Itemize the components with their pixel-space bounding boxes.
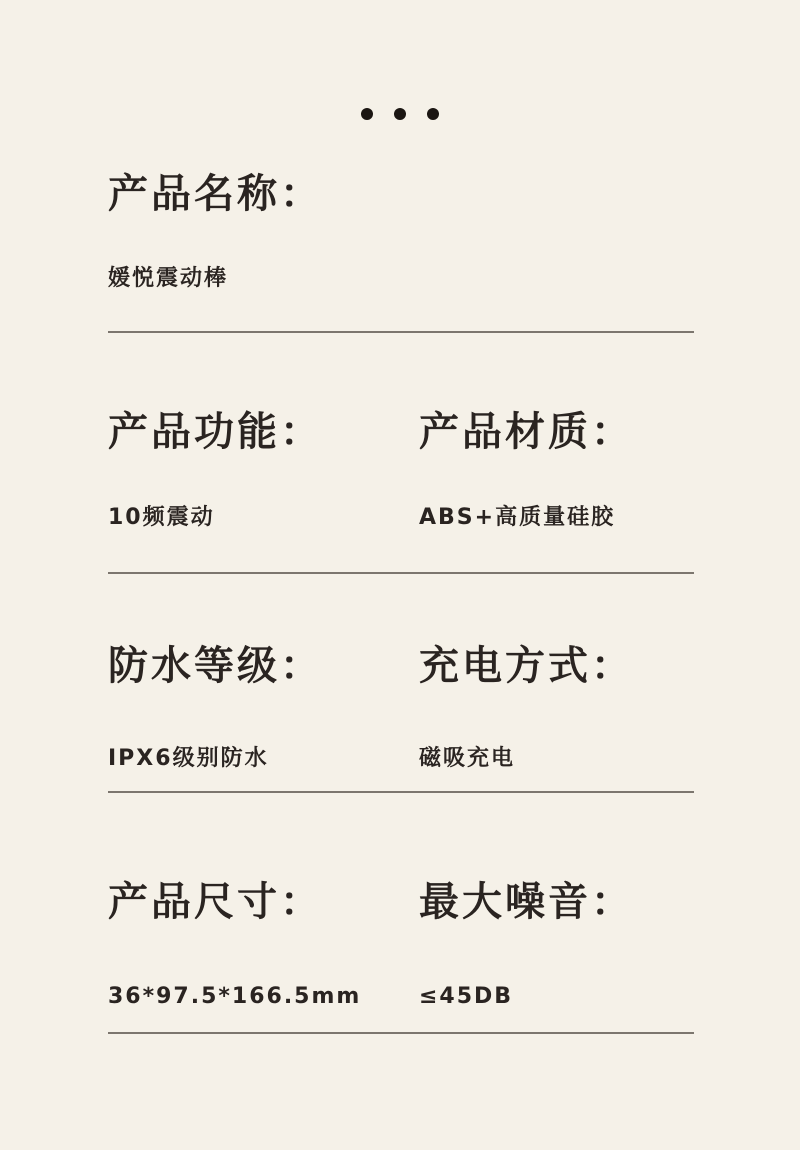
divider	[108, 331, 694, 333]
charging-method-value: 磁吸充电	[419, 748, 515, 770]
max-noise-value: ≤45DB	[419, 986, 513, 1008]
max-noise-label: 最大噪音：	[419, 882, 634, 922]
divider	[108, 572, 694, 574]
product-name-label: 产品名称：	[108, 174, 323, 214]
dot-icon	[394, 108, 406, 120]
product-size-value: 36*97.5*166.5mm	[108, 986, 361, 1008]
ellipsis-decoration	[0, 108, 800, 120]
waterproof-rating-value: IPX6级别防水	[108, 748, 269, 770]
charging-method-label: 充电方式：	[419, 646, 634, 686]
product-material-label: 产品材质：	[419, 412, 634, 452]
product-function-label: 产品功能：	[108, 412, 323, 452]
dot-icon	[361, 108, 373, 120]
product-size-label: 产品尺寸：	[108, 882, 323, 922]
product-spec-sheet: 产品名称： 媛悦震动棒 产品功能： 10频震动 产品材质： ABS+高质量硅胶 …	[0, 0, 800, 1150]
product-material-value: ABS+高质量硅胶	[419, 507, 615, 529]
divider	[108, 791, 694, 793]
product-function-value: 10频震动	[108, 507, 215, 529]
waterproof-rating-label: 防水等级：	[108, 646, 323, 686]
divider	[108, 1032, 694, 1034]
product-name-value: 媛悦震动棒	[108, 268, 228, 290]
dot-icon	[427, 108, 439, 120]
